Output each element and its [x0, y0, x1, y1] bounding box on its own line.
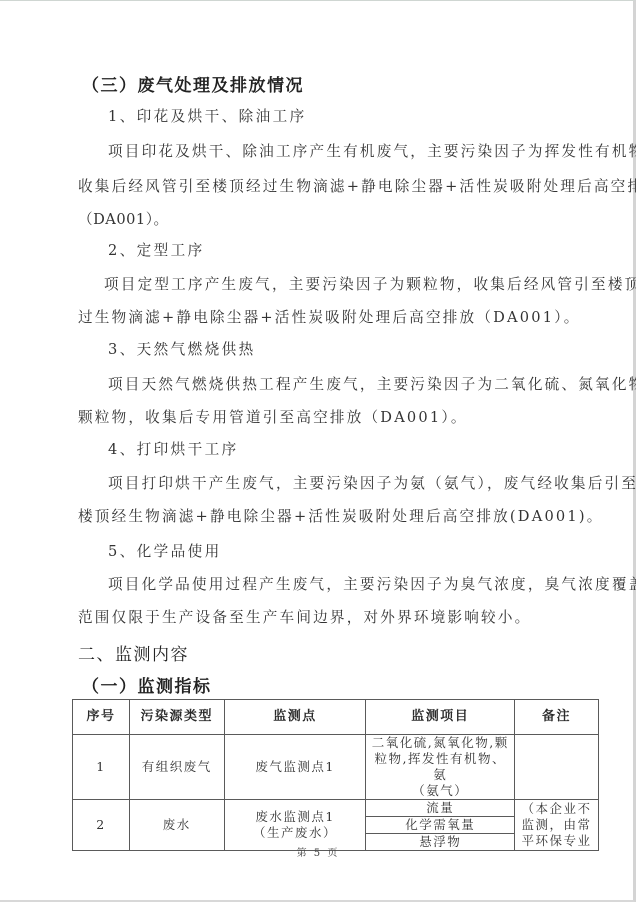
header-no: 序号 — [73, 700, 130, 735]
subsection-title-2: 2、定型工序 — [108, 239, 205, 260]
cell-monitoring-point: 废气监测点1 — [224, 735, 366, 800]
table-row: 1 有组织废气 废气监测点1 二氧化硫,氮氧化物,颗 粒物,挥发性有机物、氨 （… — [73, 735, 599, 800]
cell-monitoring-item: 化学需氧量 — [366, 817, 515, 834]
paragraph-1-line-2: 收集后经风管引至楼顶经过生物滴滤+静电除尘器+活性炭吸附处理后高空排放 — [78, 175, 636, 196]
cell-line: 监测，由常 — [517, 817, 596, 833]
cell-note — [515, 735, 599, 800]
paragraph-3-line-1: 项目天然气燃烧供热工程产生废气，主要污染因子为二氧化硫、氮氧化物、 — [108, 373, 636, 394]
chapter-heading-monitoring: 二、监测内容 — [78, 640, 189, 665]
cell-source-type: 废水 — [129, 800, 224, 851]
subsection-title-3: 3、天然气燃烧供热 — [108, 338, 256, 359]
monitoring-table: 序号 污染源类型 监测点 监测项目 备注 1 有组织废气 废气监测点1 二氧化硫… — [72, 699, 599, 851]
section-heading-waste-gas: （三）废气处理及排放情况 — [82, 71, 304, 96]
paragraph-4-line-1: 项目打印烘干产生废气，主要污染因子为氨（氨气），废气经收集后引至 — [108, 472, 636, 493]
table-header-row: 序号 污染源类型 监测点 监测项目 备注 — [73, 700, 599, 735]
paragraph-1-line-1: 项目印花及烘干、除油工序产生有机废气，主要污染因子为挥发性有机物， — [108, 140, 636, 161]
paragraph-2-line-2: 过生物滴滤+静电除尘器+活性炭吸附处理后高空排放（DA001）。 — [78, 306, 581, 327]
cell-monitoring-item: 流量 — [366, 800, 515, 817]
paragraph-5-line-2: 范围仅限于生产设备至生产车间边界，对外界环境影响较小。 — [78, 606, 531, 627]
cell-line: 粒物,挥发性有机物、氨 — [368, 751, 512, 783]
cell-no: 1 — [73, 735, 130, 800]
cell-source-type: 有组织废气 — [129, 735, 224, 800]
cell-no: 2 — [73, 800, 130, 851]
paragraph-2-line-1: 项目定型工序产生废气，主要污染因子为颗粒物，收集后经风管引至楼顶经 — [104, 273, 636, 294]
table-row: 2 废水 废水监测点1 （生产废水） 流量 （本企业不 监测，由常 平环保专业 — [73, 800, 599, 817]
subsection-title-1: 1、印花及烘干、除油工序 — [108, 105, 307, 126]
subsection-title-4: 4、打印烘干工序 — [108, 438, 239, 459]
cell-monitoring-point: 废水监测点1 （生产废水） — [224, 800, 366, 851]
section-heading-indicators: （一）监测指标 — [82, 672, 212, 697]
cell-line: （氨气） — [368, 783, 512, 799]
cell-line: （生产废水） — [227, 825, 364, 841]
header-monitoring-point: 监测点 — [224, 700, 366, 735]
page-number: 第 5 页 — [0, 844, 636, 859]
cell-monitoring-items: 二氧化硫,氮氧化物,颗 粒物,挥发性有机物、氨 （氨气） — [366, 735, 515, 800]
document-page: （三）废气处理及排放情况 1、印花及烘干、除油工序 项目印花及烘干、除油工序产生… — [0, 0, 636, 902]
header-monitoring-items: 监测项目 — [366, 700, 515, 735]
cell-line: （本企业不 — [517, 801, 596, 817]
header-note: 备注 — [515, 700, 599, 735]
paragraph-4-line-2: 楼顶经生物滴滤+静电除尘器+活性炭吸附处理后高空排放(DA001)。 — [78, 505, 604, 526]
cell-line: 二氧化硫,氮氧化物,颗 — [368, 735, 512, 751]
paragraph-1-line-3: （DA001）。 — [78, 208, 169, 229]
subsection-title-5: 5、化学品使用 — [108, 540, 222, 561]
paragraph-5-line-1: 项目化学品使用过程产生废气，主要污染因子为臭气浓度，臭气浓度覆盖 — [108, 573, 636, 594]
cell-note: （本企业不 监测，由常 平环保专业 — [515, 800, 599, 851]
cell-line: 废水监测点1 — [227, 809, 364, 825]
paragraph-3-line-2: 颗粒物，收集后专用管道引至高空排放（DA001）。 — [78, 406, 468, 427]
header-source-type: 污染源类型 — [129, 700, 224, 735]
